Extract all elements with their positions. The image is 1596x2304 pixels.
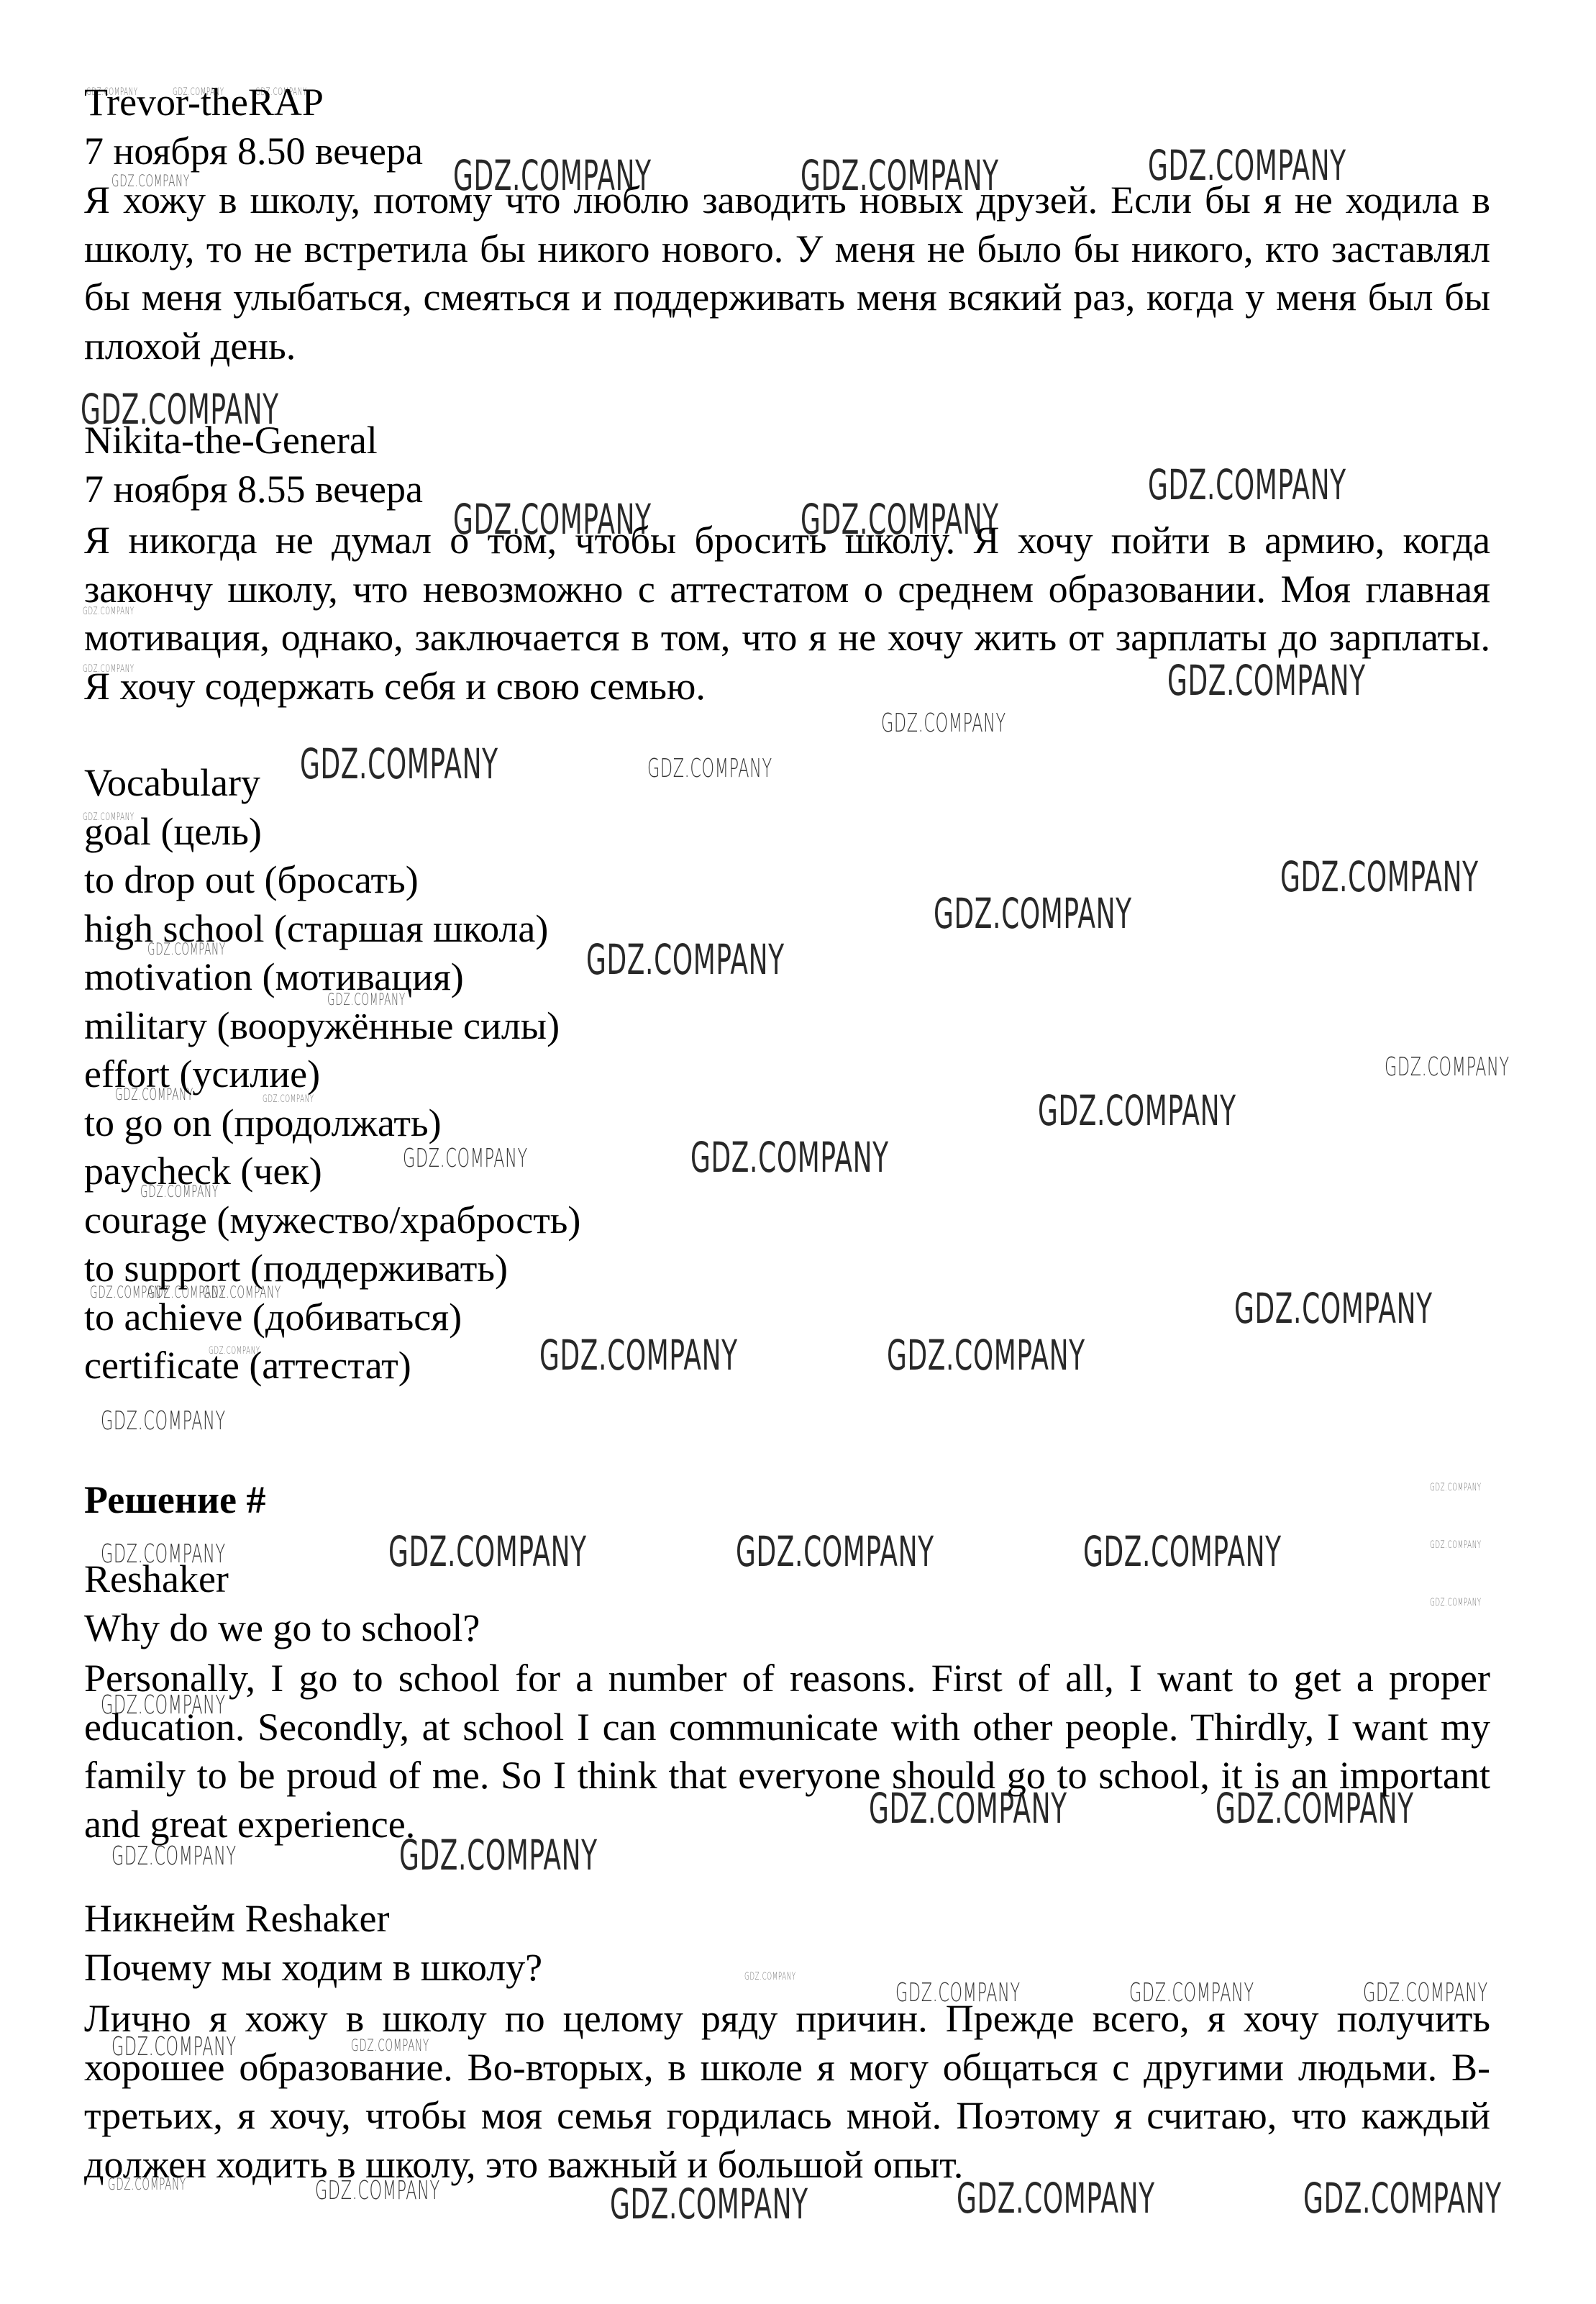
watermark: GDZ.COMPANY (115, 1086, 193, 1104)
watermark: GDZ.COMPANY (1129, 1978, 1254, 2008)
watermark: GDZ.COMPANY (300, 739, 498, 788)
solution-text-ru: Лично я хожу в школу по целому ряду прич… (84, 1995, 1490, 2189)
watermark: GDZ.COMPANY (388, 1527, 587, 1576)
vocabulary-item: to drop out (бросать) (84, 858, 419, 901)
watermark: GDZ.COMPANY (869, 1784, 1067, 1833)
watermark: GDZ.COMPANY (83, 663, 134, 675)
watermark: GDZ.COMPANY (351, 2037, 429, 2055)
watermark: GDZ.COMPANY (610, 2180, 808, 2228)
watermark: GDZ.COMPANY (453, 151, 652, 200)
watermark: GDZ.COMPANY (255, 86, 307, 98)
watermark: GDZ.COMPANY (1385, 1052, 1510, 1082)
watermark: GDZ.COMPANY (586, 935, 785, 984)
vocabulary-item: to support (поддерживать) (84, 1247, 508, 1290)
vocabulary-item: courage (мужество/храбрость) (84, 1198, 580, 1242)
watermark: GDZ.COMPANY (1363, 1978, 1488, 2008)
watermark: GDZ.COMPANY (111, 2032, 237, 2062)
solution-author-ru: Никнейм Reshaker (84, 1897, 390, 1940)
watermark: GDZ.COMPANY (895, 1978, 1021, 2008)
watermark: GDZ.COMPANY (1038, 1086, 1236, 1135)
watermark: GDZ.COMPANY (173, 86, 224, 98)
vocabulary-title: Vocabulary (84, 761, 260, 804)
watermark: GDZ.COMPANY (1430, 1597, 1482, 1608)
post-date: 7 ноября 8.55 вечера (84, 468, 423, 511)
vocabulary-item: military (вооружённые силы) (84, 1004, 560, 1047)
watermark: GDZ.COMPANY (801, 495, 999, 544)
solution-question-ru: Почему мы ходим в школу? (84, 1946, 542, 1989)
watermark: GDZ.COMPANY (1280, 852, 1479, 901)
post-text: Я хожу в школу, потому что люблю заводит… (84, 176, 1490, 370)
watermark: GDZ.COMPANY (887, 1331, 1085, 1380)
vocabulary-item: to go on (продолжать) (84, 1101, 442, 1144)
watermark: GDZ.COMPANY (101, 1406, 226, 1436)
watermark: GDZ.COMPANY (1148, 460, 1346, 509)
watermark: GDZ.COMPANY (1303, 2174, 1502, 2223)
watermark: GDZ.COMPANY (1234, 1284, 1433, 1333)
watermark: GDZ.COMPANY (957, 2174, 1155, 2223)
watermark: GDZ.COMPANY (327, 991, 406, 1009)
watermark: GDZ.COMPANY (453, 495, 652, 544)
watermark: GDZ.COMPANY (263, 1093, 314, 1105)
watermark: GDZ.COMPANY (83, 606, 134, 617)
watermark: GDZ.COMPANY (934, 889, 1132, 938)
watermark: GDZ.COMPANY (1430, 1482, 1482, 1493)
watermark: GDZ.COMPANY (111, 1841, 237, 1871)
watermark: GDZ.COMPANY (209, 1345, 260, 1357)
watermark: GDZ.COMPANY (111, 173, 190, 191)
watermark: GDZ.COMPANY (690, 1133, 889, 1182)
watermark: GDZ.COMPANY (1148, 141, 1346, 190)
watermark: GDZ.COMPANY (736, 1527, 934, 1576)
vocabulary-item: motivation (мотивация) (84, 955, 464, 998)
watermark: GDZ.COMPANY (86, 86, 138, 98)
watermark: GDZ.COMPANY (147, 941, 226, 959)
watermark: GDZ.COMPANY (83, 811, 134, 823)
watermark: GDZ.COMPANY (539, 1331, 738, 1380)
watermark: GDZ.COMPANY (801, 151, 999, 200)
solution-heading: Решение # (84, 1478, 266, 1521)
watermark: GDZ.COMPANY (744, 1971, 796, 1982)
vocabulary-item: to achieve (добиваться) (84, 1296, 462, 1339)
watermark: GDZ.COMPANY (101, 1690, 226, 1720)
watermark: GDZ.COMPANY (315, 2176, 440, 2205)
watermark: GDZ.COMPANY (647, 754, 772, 783)
watermark: GDZ.COMPANY (203, 1284, 281, 1302)
watermark: GDZ.COMPANY (399, 1831, 598, 1880)
watermark: GDZ.COMPANY (140, 1183, 219, 1201)
solution-question: Why do we go to school? (84, 1606, 480, 1649)
watermark: GDZ.COMPANY (403, 1144, 528, 1173)
post-date: 7 ноября 8.50 вечера (84, 129, 423, 173)
watermark: GDZ.COMPANY (101, 1539, 226, 1569)
watermark: GDZ.COMPANY (881, 709, 1006, 738)
watermark: GDZ.COMPANY (1083, 1527, 1282, 1576)
watermark: GDZ.COMPANY (1167, 656, 1366, 705)
watermark: GDZ.COMPANY (81, 385, 279, 434)
watermark: GDZ.COMPANY (108, 2176, 186, 2194)
watermark: GDZ.COMPANY (1216, 1784, 1414, 1833)
watermark: GDZ.COMPANY (1430, 1539, 1482, 1551)
